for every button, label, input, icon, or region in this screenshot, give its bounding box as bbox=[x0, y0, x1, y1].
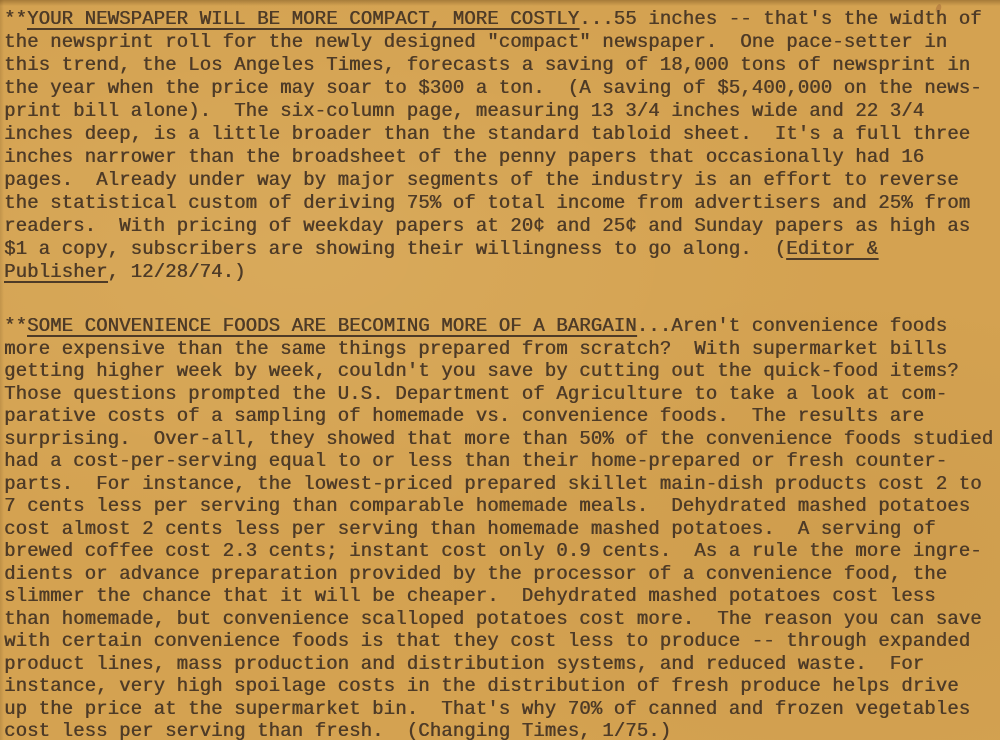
text-segment: ...Aren't convenience foods bbox=[637, 315, 948, 337]
text-segment: , 1/75.) bbox=[579, 720, 671, 740]
text-segment: than homemade, but convenience scalloped… bbox=[4, 608, 982, 630]
text-line: the newsprint roll for the newly designe… bbox=[4, 31, 998, 54]
text-line: up the price at the supermarket bin. Tha… bbox=[4, 698, 998, 721]
text-segment: inches deep, is a little broader than th… bbox=[4, 123, 970, 145]
text-segment: $1 a copy, subscribers are showing their… bbox=[4, 238, 786, 260]
text-segment: ** bbox=[4, 8, 27, 30]
text-segment: product lines, mass production and distr… bbox=[4, 653, 924, 675]
text-segment: the year when the price may soar to $300… bbox=[4, 77, 982, 99]
text-segment: ...55 inches -- that's the width of bbox=[579, 8, 982, 30]
text-line: than homemade, but convenience scalloped… bbox=[4, 608, 998, 631]
text-segment: print bill alone). The six-column page, … bbox=[4, 100, 924, 122]
text-line: brewed coffee cost 2.3 cents; instant co… bbox=[4, 540, 998, 563]
text-segment: up the price at the supermarket bin. Tha… bbox=[4, 698, 970, 720]
text-line: Publisher, 12/28/74.) bbox=[4, 261, 998, 284]
convenience-foods-item: **SOME CONVENIENCE FOODS ARE BECOMING MO… bbox=[4, 315, 998, 740]
text-line: parative costs of a sampling of homemade… bbox=[4, 405, 998, 428]
text-line: parts. For instance, the lowest-priced p… bbox=[4, 473, 998, 496]
text-segment: getting higher week by week, couldn't yo… bbox=[4, 360, 959, 382]
text-segment: dients or advance preparation provided b… bbox=[4, 563, 947, 585]
underlined-text-segment: Editor & bbox=[786, 238, 878, 260]
text-segment: cost less per serving than fresh. ( bbox=[4, 720, 418, 740]
text-line: inches narrower than the broadsheet of t… bbox=[4, 146, 998, 169]
text-segment: slimmer the chance that it will be cheap… bbox=[4, 585, 936, 607]
text-line: with certain convenience foods is that t… bbox=[4, 630, 998, 653]
underlined-text-segment: SOME CONVENIENCE FOODS ARE BECOMING MORE… bbox=[27, 315, 637, 337]
text-segment: Those questions prompted the U.S. Depart… bbox=[4, 383, 947, 405]
text-line: pages. Already under way by major segmen… bbox=[4, 169, 998, 192]
underlined-text-segment: YOUR NEWSPAPER WILL BE MORE COMPACT, MOR… bbox=[27, 8, 579, 30]
newspaper-compact-item: **YOUR NEWSPAPER WILL BE MORE COMPACT, M… bbox=[4, 8, 998, 284]
newsletter-text-content: **YOUR NEWSPAPER WILL BE MORE COMPACT, M… bbox=[4, 8, 998, 740]
text-line: surprising. Over-all, they showed that m… bbox=[4, 428, 998, 451]
text-line: the statistical custom of deriving 75% o… bbox=[4, 192, 998, 215]
text-line: **SOME CONVENIENCE FOODS ARE BECOMING MO… bbox=[4, 315, 998, 338]
text-segment: this trend, the Los Angeles Times, forec… bbox=[4, 54, 970, 76]
text-segment: inches narrower than the broadsheet of t… bbox=[4, 146, 924, 168]
text-line: this trend, the Los Angeles Times, forec… bbox=[4, 54, 998, 77]
text-line: inches deep, is a little broader than th… bbox=[4, 123, 998, 146]
text-segment: , 12/28/74.) bbox=[108, 261, 246, 283]
text-segment: ** bbox=[4, 315, 27, 337]
text-line: cost almost 2 cents less per serving tha… bbox=[4, 518, 998, 541]
underlined-text-segment: Publisher bbox=[4, 261, 108, 283]
text-segment: the statistical custom of deriving 75% o… bbox=[4, 192, 970, 214]
text-segment: with certain convenience foods is that t… bbox=[4, 630, 970, 652]
text-segment: parts. For instance, the lowest-priced p… bbox=[4, 473, 982, 495]
text-line: product lines, mass production and distr… bbox=[4, 653, 998, 676]
text-segment: parative costs of a sampling of homemade… bbox=[4, 405, 924, 427]
text-segment: readers. With pricing of weekday papers … bbox=[4, 215, 970, 237]
text-line: slimmer the chance that it will be cheap… bbox=[4, 585, 998, 608]
text-line: cost less per serving than fresh. (Chang… bbox=[4, 720, 998, 740]
text-segment: 7 cents less per serving than comparable… bbox=[4, 495, 970, 517]
text-segment: pages. Already under way by major segmen… bbox=[4, 169, 959, 191]
text-segment: surprising. Over-all, they showed that m… bbox=[4, 428, 993, 450]
text-segment: instance, very high spoilage costs in th… bbox=[4, 675, 959, 697]
text-line: getting higher week by week, couldn't yo… bbox=[4, 360, 998, 383]
text-line: more expensive than the same things prep… bbox=[4, 338, 998, 361]
text-line: 7 cents less per serving than comparable… bbox=[4, 495, 998, 518]
text-segment: brewed coffee cost 2.3 cents; instant co… bbox=[4, 540, 982, 562]
underlined-text-segment: Changing Times bbox=[418, 720, 579, 740]
text-line: Those questions prompted the U.S. Depart… bbox=[4, 383, 998, 406]
text-line: instance, very high spoilage costs in th… bbox=[4, 675, 998, 698]
text-line: the year when the price may soar to $300… bbox=[4, 77, 998, 100]
text-line: **YOUR NEWSPAPER WILL BE MORE COMPACT, M… bbox=[4, 8, 998, 31]
text-line: print bill alone). The six-column page, … bbox=[4, 100, 998, 123]
text-segment: cost almost 2 cents less per serving tha… bbox=[4, 518, 936, 540]
text-line: dients or advance preparation provided b… bbox=[4, 563, 998, 586]
text-line: had a cost-per-serving equal to or less … bbox=[4, 450, 998, 473]
text-segment: the newsprint roll for the newly designe… bbox=[4, 31, 947, 53]
text-segment: had a cost-per-serving equal to or less … bbox=[4, 450, 947, 472]
text-segment: more expensive than the same things prep… bbox=[4, 338, 947, 360]
text-line: $1 a copy, subscribers are showing their… bbox=[4, 238, 998, 261]
text-line: readers. With pricing of weekday papers … bbox=[4, 215, 998, 238]
